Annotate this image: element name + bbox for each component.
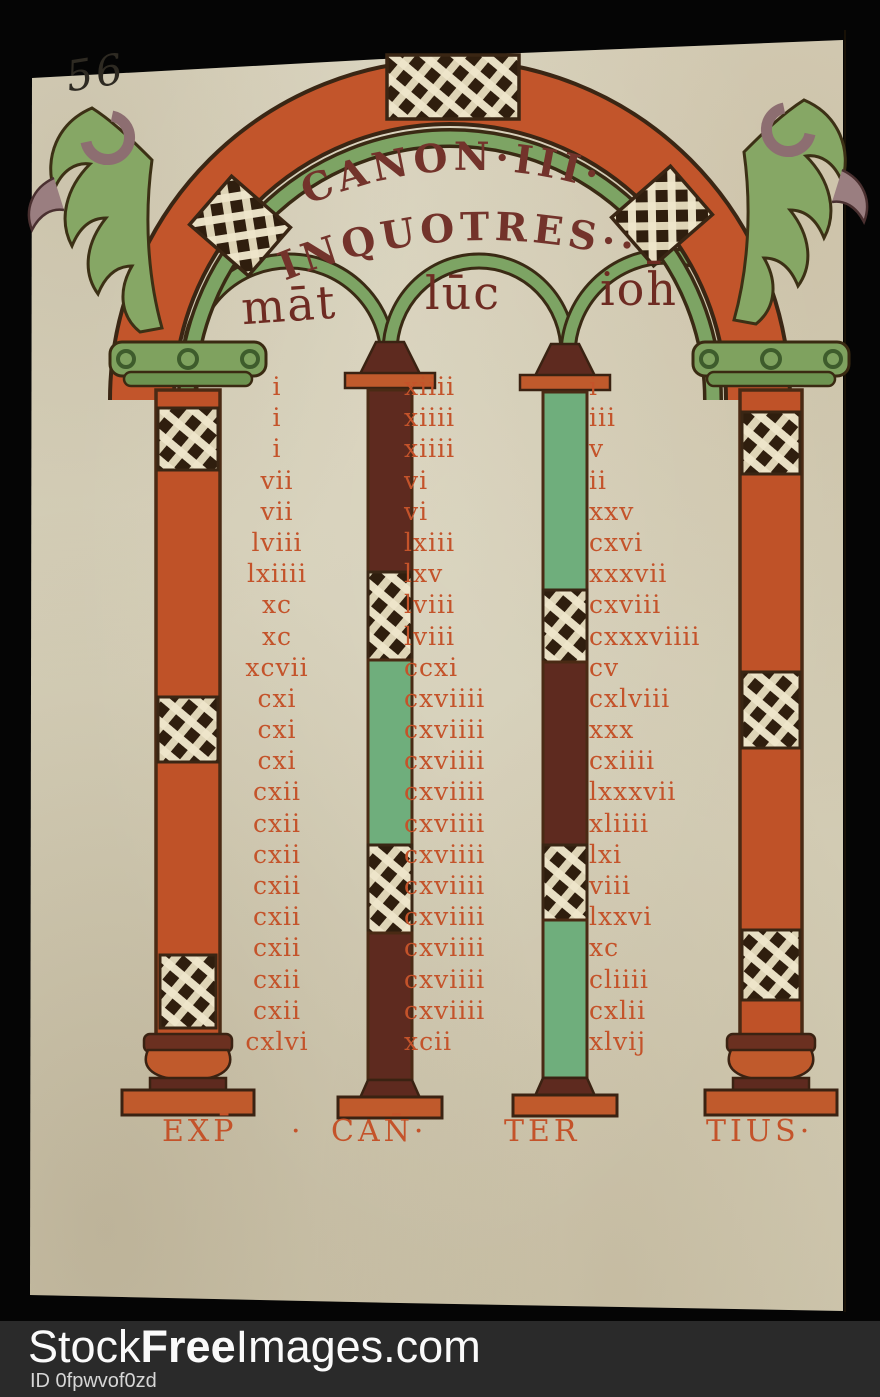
canon-entry: CXII [216,839,338,870]
canon-entry: XXV [589,496,729,527]
canon-entry: CXLII [589,995,729,1026]
canon-entry: LXXVI [589,901,729,932]
canon-entry: LXI [589,839,729,870]
canon-entry: LXV [404,558,544,589]
canon-column-mat: IIIVIIVIILVIIILXIIIIXCXCXCVIICXICXICXICX… [216,371,338,1057]
canon-entry: CXLVI [216,1026,338,1057]
canon-entry: V [589,433,729,464]
canon-entry: XLVIJ [589,1026,729,1057]
canon-entry: XXX [589,714,729,745]
canon-entry: CXI [216,683,338,714]
canon-entry: CXVIIII [404,870,544,901]
canon-entry: CXVIIII [404,964,544,995]
canon-entry: LVIII [216,527,338,558]
acanthus-left [29,108,162,332]
canon-entry: LXIIII [216,558,338,589]
canon-column-ioh: IIIIVIIXXVCXVIXXXVIICXVIIICXXXVIIIICVCXL… [589,371,729,1057]
canon-entry: LXIII [404,527,544,558]
canon-entry: XCVII [216,652,338,683]
canon-entry: VI [404,465,544,496]
canon-entry: XXXVII [589,558,729,589]
canon-entry: CXIIII [589,745,729,776]
watermark-site-part2: Free [141,1321,236,1372]
canon-entry: CXVIIII [404,808,544,839]
canon-entry: LXXXVII [589,776,729,807]
canon-entry: CXI [216,714,338,745]
canon-entry: XIIII [404,433,544,464]
canon-entry: VII [216,465,338,496]
canon-entry: CXII [216,901,338,932]
canon-entry: CXVIIII [404,932,544,963]
canon-entry: I [216,371,338,402]
canon-entry: CXXXVIIII [589,621,729,652]
canon-entry: XC [216,589,338,620]
canon-entry: VII [216,496,338,527]
canon-entry: CXVIIII [404,901,544,932]
canon-entry: XIIII [404,402,544,433]
canon-entry: III [589,402,729,433]
watermark-site-part3: Images.com [236,1321,481,1372]
canon-entry: CXII [216,776,338,807]
canon-entry: CXII [216,870,338,901]
watermark-image-id: ID 0fpwvof0zd [30,1370,880,1393]
canon-entry: VI [404,496,544,527]
canon-entry: CV [589,652,729,683]
canon-entry: CXI [216,745,338,776]
canon-entry: VIII [589,870,729,901]
canon-entry: I [589,371,729,402]
watermark-bar: StockFreeImages.com ID 0fpwvof0zd [0,1321,880,1397]
canon-entry: XLIIII [589,808,729,839]
watermark-site-part1: Stock [28,1321,141,1372]
canon-entry: CXII [216,964,338,995]
canon-entry: LVIII [404,589,544,620]
folio-number: 56 [63,44,129,102]
canon-entry: CXVIIII [404,776,544,807]
canon-entry: CXII [216,808,338,839]
canon-entry: I [216,402,338,433]
heading-john: IOH̄ [574,262,704,316]
explicit-word-can: CAN̄· [331,1114,427,1149]
canon-entry: XC [216,621,338,652]
canon-entry: CXVI [589,527,729,558]
watermark-site-name: StockFreeImages.com [28,1322,880,1372]
canon-entry: CXVIIII [404,839,544,870]
heading-matthew: MĀT [222,274,355,337]
canon-entry: CXVIII [589,589,729,620]
canon-entry: XIIII [404,371,544,402]
canon-entry: II [589,465,729,496]
explicit-word-tius: TIUS· [706,1114,813,1149]
canon-entry: XC [589,932,729,963]
canon-entry: CXLVIII [589,683,729,714]
explicit-word-exp: EXP̄ [162,1114,237,1149]
explicit-separator: · [291,1114,305,1149]
canon-entry: LVIII [404,621,544,652]
acanthus-right [734,100,867,324]
heading-luke: LŪC [398,266,528,320]
arch-knot-apex [387,55,519,119]
explicit-word-ter: TER [504,1114,581,1149]
canon-entry: CXII [216,995,338,1026]
canon-entry: XCII [404,1026,544,1057]
base-mid-left [338,1080,442,1118]
canon-entry: CXII [216,932,338,963]
canon-entry: CXVIIII [404,995,544,1026]
canon-entry: CXVIIII [404,714,544,745]
canon-entry: CXVIIII [404,745,544,776]
canon-entry: CCXI [404,652,544,683]
manuscript-photo: CANON·III· INQUOTRES·· 56 MĀT LŪC IOH̄ I… [0,0,880,1397]
canon-entry: CLIIII [589,964,729,995]
base-mid-right [513,1078,617,1116]
canon-column-luc: XIIIIXIIIIXIIIIVIVILXIIILXVLVIIILVIIICCX… [404,371,544,1057]
canon-entry: I [216,433,338,464]
canon-entry: CXVIIII [404,683,544,714]
